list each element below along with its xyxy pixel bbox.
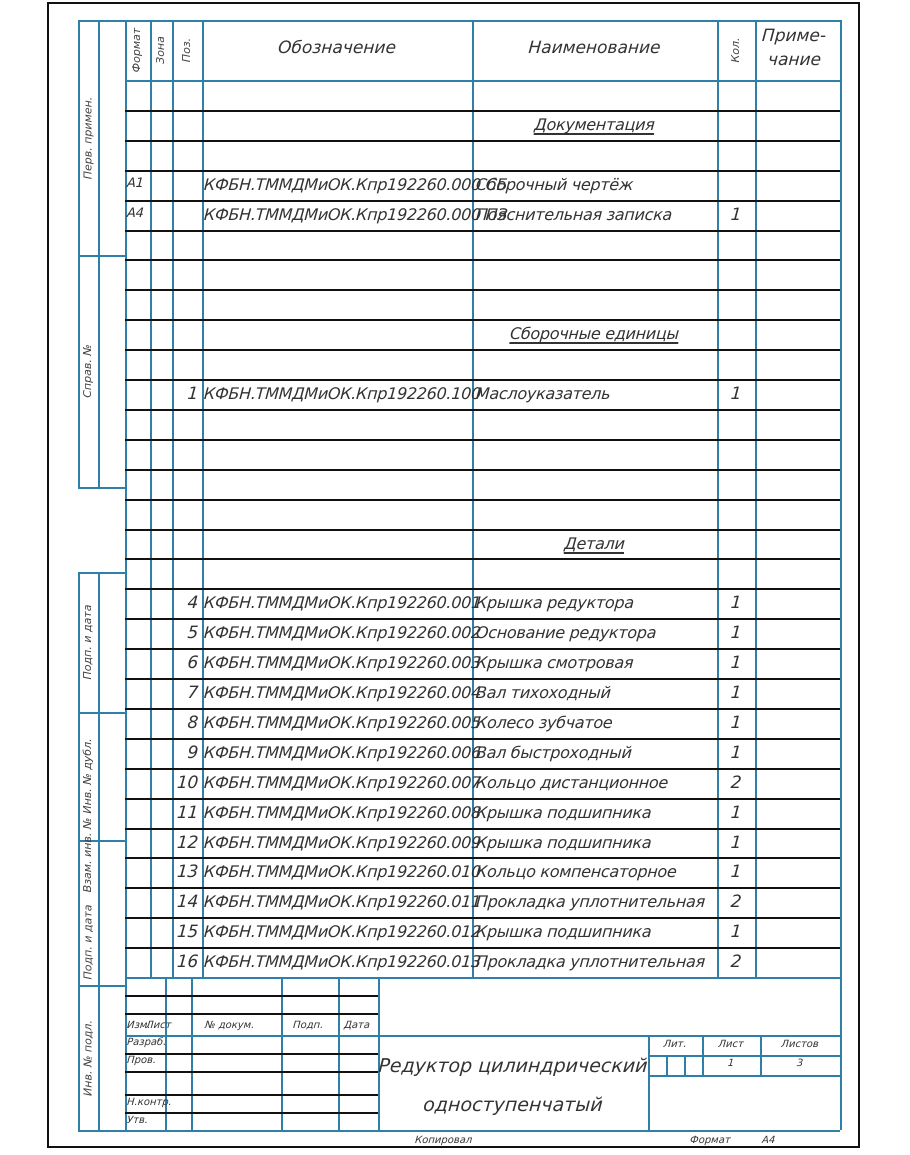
row-divider (125, 200, 840, 202)
row-divider (125, 768, 840, 770)
cell-pos: 13 (171, 864, 198, 881)
cell-qty: 1 (716, 745, 755, 762)
side-strip-edge (78, 572, 80, 712)
row-divider (125, 529, 840, 531)
row-divider (125, 917, 840, 919)
row-divider (125, 828, 840, 830)
cell-designation: КФБН.ТММДМиОК.Кпр192260.006 (203, 745, 470, 761)
row-divider (125, 588, 840, 590)
cell-pos: 15 (171, 924, 198, 941)
cell-format: А1 (127, 177, 151, 190)
cell-name: Маслоуказатель (475, 386, 715, 402)
cell-name: Крышка редуктора (475, 595, 715, 611)
cell-name: Пояснительная записка (475, 207, 715, 223)
cell-name: Крышка подшипника (475, 805, 715, 821)
row-divider (125, 469, 840, 471)
label-perv-primen: Перв. примен. (81, 20, 95, 255)
cell-designation: КФБН.ТММДМиОК.Кпр192260.012 (203, 924, 470, 940)
label-prov: Пров. (127, 1056, 157, 1066)
label-lit: Лит. (648, 1040, 703, 1050)
header-qty: Кол. (729, 22, 743, 78)
cell-designation: КФБН.ТММДМиОК.Кпр192260.001 (203, 595, 470, 611)
title-block-row (648, 1055, 840, 1057)
cell-designation: КФБН.ТММДМиОК.Кпр192260.100 (203, 386, 470, 402)
cell-designation: КФБН.ТММДМиОК.Кпр192260.011 (203, 894, 470, 910)
cell-qty: 1 (716, 386, 755, 403)
cell-pos: 16 (171, 954, 198, 971)
cell-qty: 2 (716, 954, 755, 971)
side-strip-edge (98, 255, 100, 487)
cell-pos: 8 (171, 715, 198, 732)
label-copied: Копировал (415, 1136, 473, 1146)
label-data: Дата (344, 1021, 371, 1031)
cell-designation: КФБН.ТММДМиОК.Кпр192260.010 (203, 864, 470, 880)
header-name: Наименование (471, 40, 717, 57)
row-divider (125, 140, 840, 142)
cell-pos: 5 (171, 625, 198, 642)
label-n-kontr: Н.контр. (127, 1098, 172, 1108)
row-divider (125, 349, 840, 351)
row-divider (125, 439, 840, 441)
label-podp-data: Подп. и дата (81, 572, 95, 712)
label-inv-podl: Инв. № подл. (81, 985, 95, 1130)
side-strip-edge (78, 20, 80, 255)
lit-cell (666, 1055, 668, 1075)
cell-qty: 2 (716, 775, 755, 792)
title-block-row (125, 1053, 378, 1055)
title-block-mid (378, 1035, 840, 1037)
cell-pos: 9 (171, 745, 198, 762)
cell-designation: КФБН.ТММДМиОК.Кпр192260.002 (203, 625, 470, 641)
title-block-top (125, 977, 840, 979)
side-strip-edge (78, 255, 80, 487)
row-divider (125, 379, 840, 381)
cell-name: Вал быстроходный (475, 745, 715, 761)
document-title-line-1: Редуктор цилиндрический (377, 1057, 648, 1076)
sheets-count: 3 (760, 1059, 841, 1069)
cell-qty: 2 (716, 894, 755, 911)
cell-qty: 1 (716, 655, 755, 672)
title-block-row (125, 1094, 378, 1096)
document-title-line-2: одноступенчатый (377, 1096, 648, 1115)
cell-qty: 1 (716, 625, 755, 642)
title-block-row (648, 1075, 840, 1077)
side-strip-edge (78, 840, 80, 985)
cell-pos: 7 (171, 685, 198, 702)
cell-name: Крышка подшипника (475, 835, 715, 851)
side-strip-edge (78, 985, 80, 1130)
cell-format: А4 (127, 207, 151, 220)
title-block-row (125, 1112, 378, 1114)
side-strip-edge (98, 985, 100, 1130)
label-vzam-inv: Взам. инв. № (81, 812, 95, 898)
header-zone: Зона (154, 22, 168, 78)
cell-name: Сборочный чертёж (475, 177, 715, 193)
cell-designation: КФБН.ТММДМиОК.Кпр192260.009 (203, 835, 470, 851)
row-divider (125, 110, 840, 112)
cell-qty: 1 (716, 805, 755, 822)
label-podp: Подп. (293, 1021, 324, 1031)
row-divider (125, 230, 840, 232)
side-strip-edge (98, 572, 100, 712)
label-podp-data-2: Подп. и дата (81, 898, 95, 985)
side-strip-edge (98, 20, 100, 255)
cell-pos: 12 (171, 835, 198, 852)
cell-name: Колесо зубчатое (475, 715, 715, 731)
frame-bottom (78, 1130, 840, 1132)
header-note-2: чание (767, 52, 843, 69)
title-block-row (125, 1071, 378, 1073)
row-divider (125, 499, 840, 501)
label-sheet: Лист (702, 1040, 761, 1050)
cell-name: Вал тихоходный (475, 685, 715, 701)
cell-pos: 10 (171, 775, 198, 792)
cell-name: Основание редуктора (475, 625, 715, 641)
row-divider (125, 798, 840, 800)
row-divider (125, 738, 840, 740)
row-divider (125, 887, 840, 889)
row-divider (125, 558, 840, 560)
side-strip-edge (78, 712, 80, 840)
list-item-section-details: Детали (471, 536, 717, 552)
row-divider (125, 947, 840, 949)
cell-name: Кольцо дистанционное (475, 775, 715, 791)
label-utv: Утв. (127, 1116, 149, 1126)
cell-designation: КФБН.ТММДМиОК.Кпр192260.004 (203, 685, 470, 701)
cell-qty: 1 (716, 924, 755, 941)
cell-qty: 1 (716, 685, 755, 702)
row-divider (125, 857, 840, 859)
header-designation: Обозначение (201, 40, 472, 57)
cell-qty: 1 (716, 595, 755, 612)
cell-name: Кольцо компенсаторное (475, 864, 715, 880)
cell-qty: 1 (716, 835, 755, 852)
row-divider (125, 618, 840, 620)
header-note-1: Приме- (761, 28, 837, 45)
side-strip-edge (98, 840, 100, 985)
row-divider (125, 648, 840, 650)
cell-pos: 1 (171, 386, 198, 403)
sheet-number: 1 (702, 1059, 761, 1069)
cell-designation: КФБН.ТММДМиОК.Кпр192260.013 (203, 954, 470, 970)
label-list: Лист (146, 1021, 172, 1031)
list-item-section-documentation: Документация (471, 117, 717, 133)
cell-designation: КФБН.ТММДМиОК.Кпр192260.007 (203, 775, 470, 791)
title-block-row (125, 1013, 378, 1015)
row-divider (125, 170, 840, 172)
label-sprav-no: Справ. № (81, 255, 95, 487)
cell-qty: 1 (716, 864, 755, 881)
row-divider (125, 319, 840, 321)
row-divider (125, 678, 840, 680)
lit-cell (684, 1055, 686, 1075)
cell-qty: 1 (716, 715, 755, 732)
title-block-row (125, 995, 378, 997)
row-divider (125, 708, 840, 710)
label-format: Формат (690, 1136, 731, 1146)
cell-pos: 11 (171, 805, 198, 822)
format-value: А4 (762, 1136, 776, 1146)
header-format: Формат (130, 22, 144, 78)
cell-pos: 4 (171, 595, 198, 612)
cell-designation: КФБН.ТММДМиОК.Кпр192260.000 СБ (203, 177, 470, 193)
cell-designation: КФБН.ТММДМиОК.Кпр192260.000 ПЗ (203, 207, 470, 223)
row-divider (125, 259, 840, 261)
cell-designation: КФБН.ТММДМиОК.Кпр192260.008 (203, 805, 470, 821)
cell-qty: 1 (716, 207, 755, 224)
cell-name: Прокладка уплотнительная (475, 954, 715, 970)
list-item-section-assembly-units: Сборочные единицы (471, 326, 717, 342)
cell-designation: КФБН.ТММДМиОК.Кпр192260.003 (203, 655, 470, 671)
side-strip-edge (98, 712, 100, 840)
cell-pos: 14 (171, 894, 198, 911)
label-razrab: Разраб. (127, 1038, 167, 1048)
row-divider (125, 409, 840, 411)
header-divider (125, 80, 840, 82)
header-pos: Поз. (180, 22, 194, 78)
cell-pos: 6 (171, 655, 198, 672)
cell-name: Крышка подшипника (475, 924, 715, 940)
label-sheets: Листов (760, 1040, 841, 1050)
cell-name: Прокладка уплотнительная (475, 894, 715, 910)
cell-name: Крышка смотровая (475, 655, 715, 671)
cell-designation: КФБН.ТММДМиОК.Кпр192260.005 (203, 715, 470, 731)
label-doc: № докум. (205, 1021, 255, 1031)
side-strip-edge (78, 487, 125, 489)
frame-right (840, 20, 842, 1130)
row-divider (125, 289, 840, 291)
